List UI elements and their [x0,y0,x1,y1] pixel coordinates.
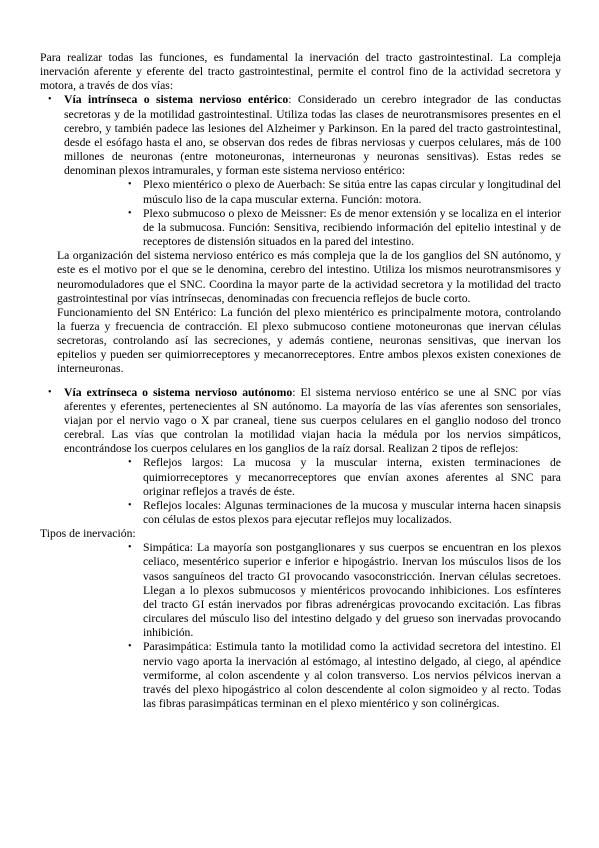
intro-paragraph: Para realizar todas las funciones, es fu… [40,51,561,93]
sub-bullet-reflejos-locales: • Reflejos locales: Algunas terminacione… [40,499,561,527]
sub-bullet-reflejos-largos: • Reflejos largos: La mucosa y la muscul… [40,456,561,498]
bullet-marker: • [128,456,132,470]
bullet-marker: • [128,640,132,654]
bullet-marker: • [128,541,132,555]
paragraph-organizacion: La organización del sistema nervioso ent… [57,249,561,306]
paragraph-funcionamiento: Funcionamiento del SN Entérico: La funci… [57,306,561,377]
document-text-block: Para realizar todas las funciones, es fu… [40,51,561,711]
sub-bullet-plexo-mienterico: • Plexo mientérico o plexo de Auerbach: … [40,178,561,206]
sub-bullet-plexo-submucoso: • Plexo submucoso o plexo de Meissner: E… [40,207,561,249]
bullet-via-extrinseca: • Vía extrínseca o sistema nervioso autó… [40,386,561,457]
sub-bullet-text: Reflejos largos: La mucosa y la muscular… [143,456,561,497]
sub-bullet-text: Simpática: La mayoría son postganglionar… [143,541,561,639]
bullet-marker: • [128,499,132,513]
sub-bullet-text: Plexo submucoso o plexo de Meissner: Es … [143,207,561,248]
sub-bullet-parasimpatica: • Parasimpática: Estimula tanto la motil… [40,640,561,711]
document-page: Para realizar todas las funciones, es fu… [0,0,599,848]
via-extrinseca-lead: Vía extrínseca o sistema nervioso autóno… [64,386,292,399]
via-intrinseca-lead: Vía intrínseca o sistema nervioso entéri… [64,93,288,106]
bullet-via-intrinseca: • Vía intrínseca o sistema nervioso enté… [40,93,561,178]
sub-bullet-text: Parasimpática: Estimula tanto la motilid… [143,640,561,710]
blank-line [40,377,561,386]
bullet-marker: • [128,207,132,221]
bullet-marker: • [48,386,52,400]
tipos-heading: Tipos de inervación: [40,527,561,541]
sub-bullet-simpatica: • Simpática: La mayoría son postganglion… [40,541,561,640]
bullet-marker: • [48,93,52,107]
sub-bullet-text: Reflejos locales: Algunas terminaciones … [143,499,561,526]
sub-bullet-text: Plexo mientérico o plexo de Auerbach: Se… [143,178,561,205]
bullet-marker: • [128,178,132,192]
